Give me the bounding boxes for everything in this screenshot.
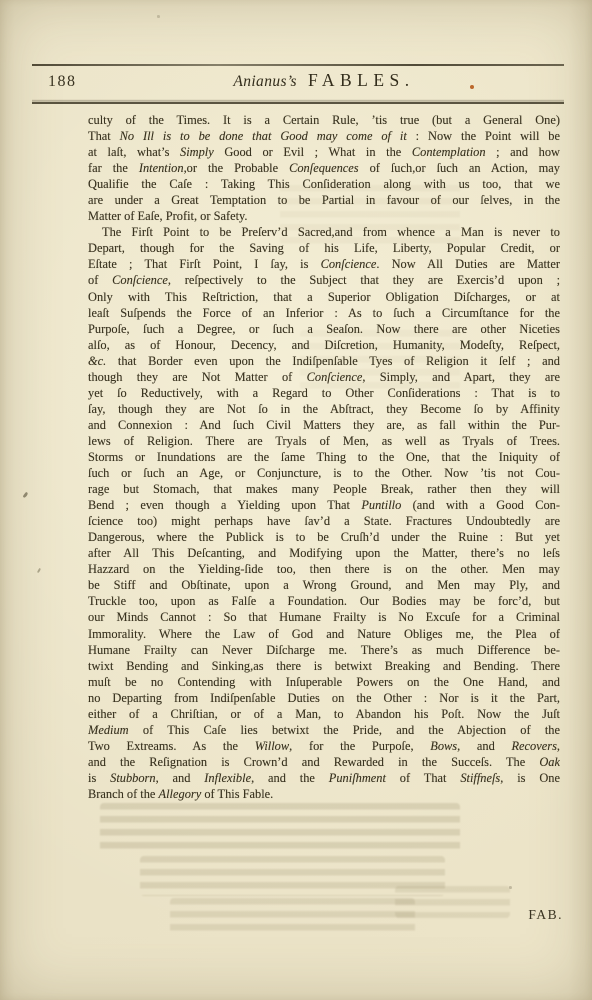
verso-bleedthrough (100, 803, 460, 855)
text-line: leaſt Suſpends the Force of an Inferior … (88, 305, 560, 321)
text-line: Medium of This Caſe lies betwixt the Pri… (88, 722, 560, 738)
text-line: culty of the Times. It is a Certain Rule… (88, 112, 560, 128)
text-line: That No Ill is to be done that Good may … (88, 128, 560, 144)
page-number: 188 (48, 73, 77, 91)
text-line: Immorality. Where the Law of God and Nat… (88, 626, 560, 642)
verso-bleedthrough (170, 898, 415, 936)
text-line: Truckle too, upon as Falſe a Foundation.… (88, 593, 560, 609)
ink-speck-icon (22, 492, 28, 499)
text-line: Matter of Eaſe, Profit, or Safety. (88, 208, 560, 224)
verso-bleedthrough (140, 856, 445, 896)
text-line: Qualifie the Caſe : Taking This Conſider… (88, 176, 560, 192)
text-line: and the Reſignation is Crown’d and Rewar… (88, 754, 560, 770)
text-line: ſay, though they are Not ſo in the Abſtr… (88, 401, 560, 417)
text-line: far the Intention,or the Probable Conſeq… (88, 160, 560, 176)
text-line: Humane Frailty can Never Diſcharge me. T… (88, 642, 560, 658)
text-line: Bend ; even though a Yielding upon That … (88, 497, 560, 513)
text-line: Only with This Reſtriction, that a Super… (88, 289, 560, 305)
text-line: of Conſcience, reſpectively to the Subje… (88, 272, 560, 288)
header-rule-bottom (32, 102, 564, 104)
text-line: alſo, as of Honour, Decency, and Diſcret… (88, 337, 560, 353)
ink-speck-icon (470, 85, 474, 89)
text-line: twixt Bending and Sinking,as there is be… (88, 658, 560, 674)
text-line: &c. that Border even upon the Indiſpenſa… (88, 353, 560, 369)
text-line: our Minds Cannot : So that Humane Frailt… (88, 609, 560, 625)
text-line: at laſt, what’s Simply Good or Evil ; Wh… (88, 144, 560, 160)
ink-speck-icon (157, 15, 160, 18)
text-line: be Stiff and Obſtinate, upon a Wrong Gro… (88, 577, 560, 593)
text-line: rage but Stomach, that makes many People… (88, 481, 560, 497)
catchword: FAB. (528, 907, 563, 923)
text-line: lews of Religion. There are Tryals of Me… (88, 433, 560, 449)
book-page: 188 Anianus’sFABLES. culty of the Times.… (0, 0, 592, 1000)
text-line: Eſtate ; That Firſt Point, I ſay, is Con… (88, 256, 560, 272)
ink-speck-icon (509, 886, 512, 889)
text-line: Dangerous, where the Publick is to be Cr… (88, 529, 560, 545)
text-line: Branch of the Allegory of This Fable. (88, 786, 560, 802)
text-line: yet ſo Reductively, with a Regard to Oth… (88, 385, 560, 401)
running-header-author: Anianus’s (233, 73, 297, 90)
text-line: muſt be no Contending with Inſuperable P… (88, 674, 560, 690)
text-line: The Firſt Point to be Preſerv’d Sacred,a… (88, 224, 560, 240)
running-header-title: FABLES. (308, 70, 415, 90)
text-line: are under a Great Temptation to be Parti… (88, 192, 560, 208)
ink-speck-icon (37, 568, 41, 573)
text-line: no Departing from Indiſpenſable Duties o… (88, 690, 560, 706)
verso-bleedthrough (395, 886, 510, 918)
text-line: either of a Chriſtian, or of a Man, to A… (88, 706, 560, 722)
text-line: Storms or Inundations are the ſame Thing… (88, 449, 560, 465)
running-header: Anianus’sFABLES. (88, 70, 560, 91)
text-line: Purpoſe, ſuch a Degree, or ſuch a Seaſon… (88, 321, 560, 337)
header-rule-top (32, 64, 564, 66)
text-line: ſuch or ſuch an Age, or Conjuncture, is … (88, 465, 560, 481)
text-line: and Connexion : And ſuch Civil Matters t… (88, 417, 560, 433)
text-line: after All This Deſcanting, and Modifying… (88, 545, 560, 561)
text-line: Hazzard on the Yielding-ſide too, then t… (88, 561, 560, 577)
text-line: Two Extreams. As the Willow, for the Pur… (88, 738, 560, 754)
text-line: ſcience too) might perhaps have ſav’d a … (88, 513, 560, 529)
text-line: though they are Not Matter of Conſcience… (88, 369, 560, 385)
page-body: culty of the Times. It is a Certain Rule… (88, 112, 560, 802)
text-line: Depart, though for the Saving of his Lif… (88, 240, 560, 256)
text-line: is Stubborn, and Inflexible, and the Pun… (88, 770, 560, 786)
